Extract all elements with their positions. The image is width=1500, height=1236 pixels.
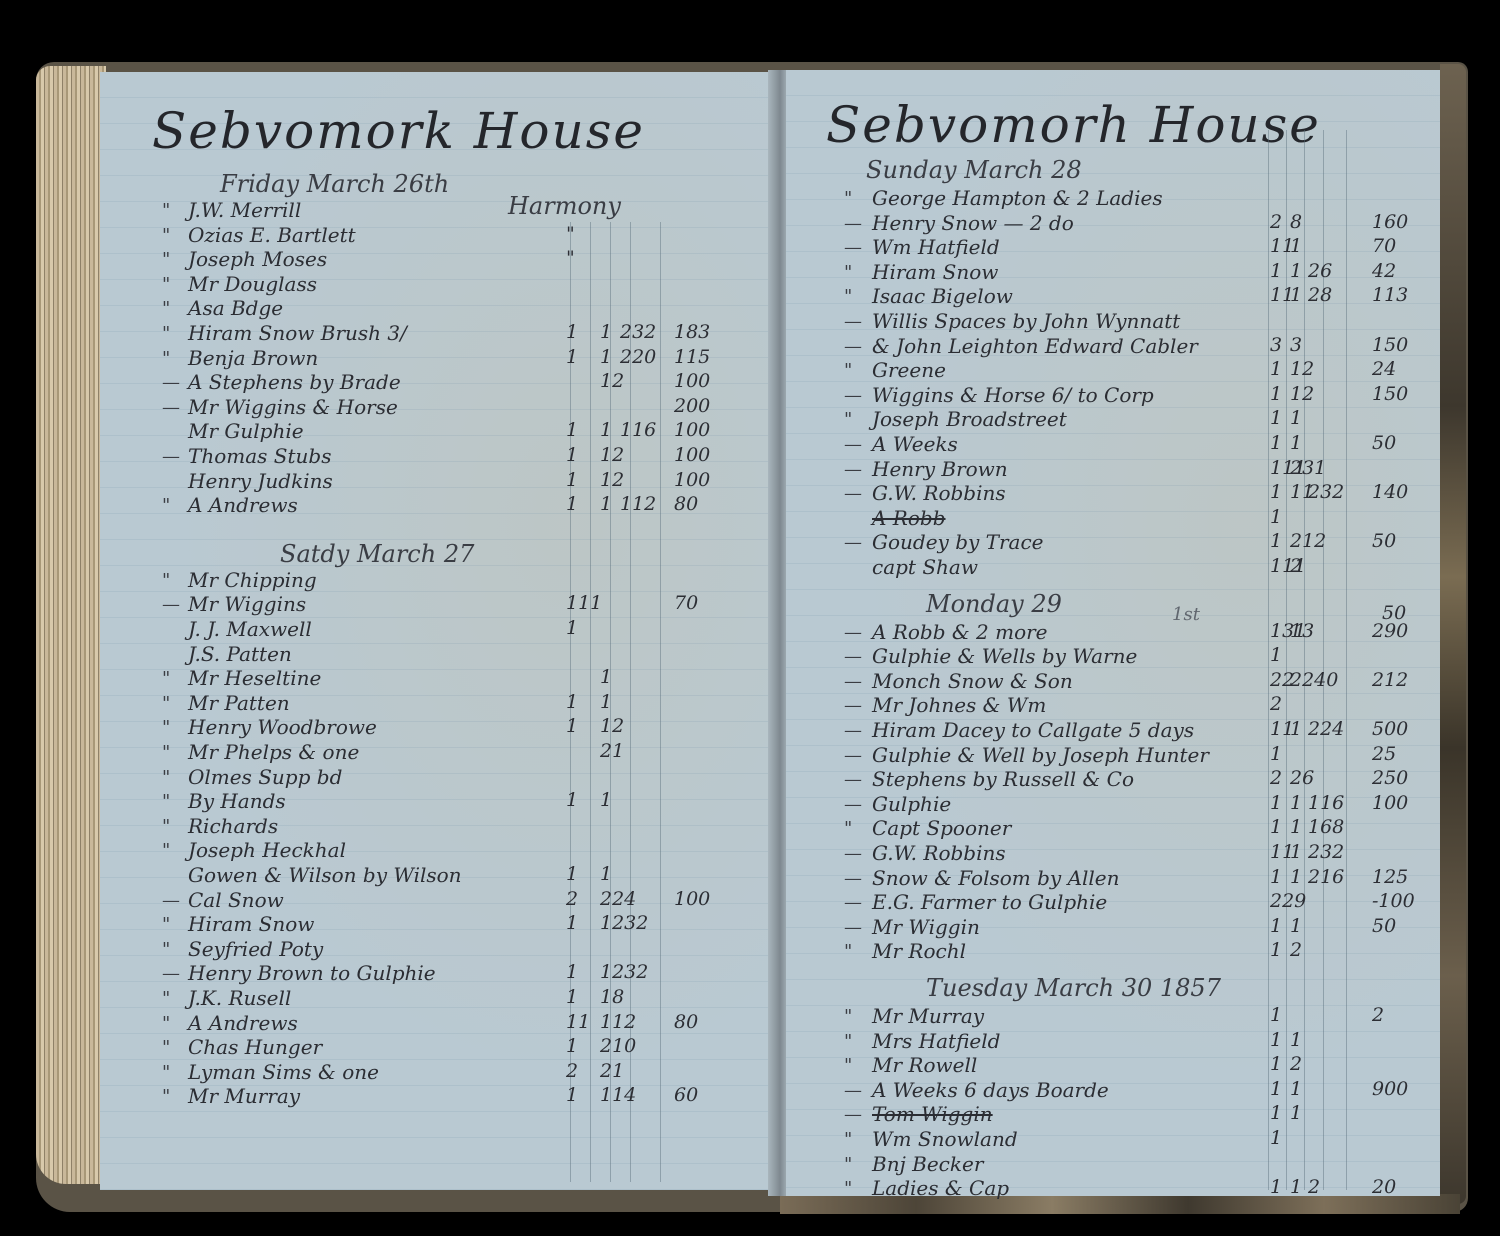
guest-name: Gulphie & Wells by Warne: [872, 644, 1137, 668]
entry-mark: —: [162, 963, 180, 984]
tally-value: 1: [1290, 841, 1302, 863]
guest-name: Wm Snowland: [872, 1127, 1018, 1151]
tally-value: 114: [600, 1084, 636, 1106]
guest-name: Cal Snow: [188, 888, 284, 912]
tally-value: 116: [1308, 792, 1344, 814]
tally-value: 11: [566, 1011, 590, 1033]
entry-mark: ": [162, 1062, 170, 1083]
amount-value: 80: [674, 1011, 698, 1033]
guest-name: Mr Gulphie: [188, 419, 304, 443]
guest-name: Henry Woodbrowe: [188, 715, 377, 739]
entry-mark: —: [844, 336, 862, 357]
guest-name: Hiram Snow: [872, 260, 998, 284]
entry-mark: ": [162, 200, 170, 221]
guest-name: Capt Spooner: [872, 816, 1011, 840]
guest-name: Seyfried Poty: [188, 937, 323, 961]
tally-value: 1: [1270, 792, 1282, 814]
tally-value: 1: [1290, 1029, 1302, 1051]
amount-value: 113: [1372, 284, 1408, 306]
amount-value: 70: [674, 592, 698, 614]
tally-value: 1: [1270, 1176, 1282, 1198]
tally-value: 1: [600, 419, 612, 441]
tally-value: 1: [1290, 260, 1302, 282]
amount-value: 100: [674, 444, 710, 466]
tally-value: 1: [1270, 383, 1282, 405]
entry-mark: ": [844, 188, 852, 209]
tally-value: 1: [566, 617, 578, 639]
tally-value: 1: [600, 493, 612, 515]
tally-value: 1: [1290, 284, 1302, 306]
tally-value: 1: [1290, 816, 1302, 838]
tally-value: 1: [1270, 506, 1282, 528]
guest-name: G.W. Robbins: [872, 841, 1006, 865]
tally-value: 168: [1308, 816, 1344, 838]
amount-value: 160: [1372, 211, 1408, 233]
tally-value: 1: [566, 469, 578, 491]
entry-mark: ": [844, 360, 852, 381]
tally-value: 1: [566, 1035, 578, 1057]
guest-name: A Weeks 6 days Boarde: [872, 1078, 1109, 1102]
entry-mark: —: [844, 1080, 862, 1101]
tally-value: 116: [620, 419, 656, 441]
guest-name: Monch Snow & Son: [872, 669, 1073, 693]
entry-mark: ": [162, 495, 170, 516]
book-gutter: [768, 70, 788, 1196]
tally-value: 1: [1270, 743, 1282, 765]
page-title: Sebvomork House: [152, 102, 645, 160]
amount-value: 150: [1372, 383, 1408, 405]
tally-value: 12: [600, 370, 624, 392]
entry-mark: ": [844, 286, 852, 307]
guest-name: Gulphie: [872, 792, 951, 816]
guest-name: Hiram Snow: [188, 912, 314, 936]
tally-value: 112: [600, 1011, 636, 1033]
tally-value: 12: [600, 715, 624, 737]
tally-value: 1: [1290, 407, 1302, 429]
tally-value: 1: [566, 863, 578, 885]
amount-value: 125: [1372, 866, 1408, 888]
guest-name: By Hands: [188, 789, 286, 813]
tally-value: 2: [1290, 1053, 1302, 1075]
entry-mark: —: [844, 385, 862, 406]
guest-name: Richards: [188, 814, 278, 838]
amount-value: 42: [1372, 260, 1396, 282]
amount-value: 24: [1372, 358, 1396, 380]
guest-name: Joseph Moses: [188, 247, 327, 271]
entry-mark: —: [844, 892, 862, 913]
tally-value: 1: [1290, 718, 1302, 740]
entry-mark: ": [162, 298, 170, 319]
entry-mark: —: [844, 1104, 862, 1125]
guest-name: Henry Snow — 2 do: [872, 211, 1074, 235]
entry-mark: ": [162, 348, 170, 369]
guest-name: Mr Johnes & Wm: [872, 693, 1046, 717]
tally-value: 212: [1290, 530, 1326, 552]
tally-value: 21: [600, 1060, 624, 1082]
entry-mark: ": [162, 249, 170, 270]
entry-mark: ": [844, 1129, 852, 1150]
guest-name: A Robb: [872, 506, 946, 530]
tally-value: 2: [1290, 939, 1302, 961]
tally-value: 2: [1290, 555, 1302, 577]
tally-value: 1: [566, 715, 578, 737]
guest-name: Bnj Becker: [872, 1152, 983, 1176]
tally-value: 232: [1308, 841, 1344, 863]
entry-mark: ": [844, 1055, 852, 1076]
guest-name: Ozias E. Bartlett: [188, 223, 356, 247]
tally-value: 1: [1270, 530, 1282, 552]
guest-name: G.W. Robbins: [872, 481, 1006, 505]
guest-name: Stephens by Russell & Co: [872, 767, 1134, 791]
tally-value: 1232: [600, 961, 648, 983]
guest-name: Ladies & Cap: [872, 1176, 1009, 1200]
tally-value: 224: [600, 888, 636, 910]
tally-value: 231: [1290, 457, 1326, 479]
date-heading: Monday 29: [926, 590, 1062, 618]
entry-mark: ": [162, 791, 170, 812]
tally-value: 18: [600, 986, 624, 1008]
guest-name: capt Shaw: [872, 555, 978, 579]
entry-mark: ": [162, 840, 170, 861]
date-heading: Friday March 26th: [220, 170, 449, 198]
tally-value: 1: [1290, 235, 1302, 257]
tally-value: 2240: [1290, 669, 1338, 691]
tally-value: 1: [566, 346, 578, 368]
tally-value: 12: [600, 469, 624, 491]
date-heading: Satdy March 27: [280, 540, 474, 568]
entry-mark: —: [844, 311, 862, 332]
tally-value: 1: [1290, 1176, 1302, 1198]
entry-mark: ": [162, 816, 170, 837]
tally-value: 1: [1270, 866, 1282, 888]
guest-name: Mrs Hatfield: [872, 1029, 1000, 1053]
tally-value: 1: [1270, 915, 1282, 937]
tally-value: 224: [1308, 718, 1344, 740]
tally-value: 1: [1290, 915, 1302, 937]
tally-value: 1: [600, 789, 612, 811]
tally-value: 21: [600, 740, 624, 762]
tally-value: 1: [600, 666, 612, 688]
amount-value: 900: [1372, 1078, 1408, 1100]
entry-mark: ": [162, 1086, 170, 1107]
guest-name: & John Leighton Edward Cabler: [872, 334, 1198, 358]
entry-mark: —: [844, 671, 862, 692]
amount-value: 115: [674, 346, 710, 368]
entry-mark: ": [844, 941, 852, 962]
amount-value: 50: [1372, 530, 1396, 552]
amount-value: 200: [674, 395, 710, 417]
guest-name: Wiggins & Horse 6/ to Corp: [872, 383, 1154, 407]
tally-value: 2: [1270, 767, 1282, 789]
entry-mark: —: [844, 794, 862, 815]
entry-mark: —: [162, 594, 180, 615]
entry-mark: —: [844, 769, 862, 790]
entry-mark: —: [844, 843, 862, 864]
guest-name: Snow & Folsom by Allen: [872, 866, 1120, 890]
guest-name: Mr Murray: [188, 1084, 300, 1108]
entry-mark: ": [162, 570, 170, 591]
tally-value: 1: [600, 321, 612, 343]
amount-value: 100: [674, 888, 710, 910]
tally-value: 1: [566, 321, 578, 343]
amount-value: 25: [1372, 743, 1396, 765]
guest-name: Lyman Sims & one: [188, 1060, 379, 1084]
entry-mark: ": [844, 1178, 852, 1199]
amount-value: 50: [1372, 915, 1396, 937]
amount-value: 150: [1372, 334, 1408, 356]
guest-name: Mr Murray: [872, 1004, 984, 1028]
entry-mark: ": [162, 1013, 170, 1034]
tally-value: 210: [600, 1035, 636, 1057]
guest-name: J.W. Merrill: [188, 198, 301, 222]
tally-value: 1: [1270, 1078, 1282, 1100]
tally-value: 1232: [600, 912, 648, 934]
amount-value: 80: [674, 493, 698, 515]
guest-name: George Hampton & 2 Ladies: [872, 186, 1163, 210]
guest-name: Olmes Supp bd: [188, 765, 342, 789]
guest-name: Mr Phelps & one: [188, 740, 359, 764]
tally-value: 1: [566, 493, 578, 515]
entry-mark: ": [162, 225, 170, 246]
tally-value: 3: [1290, 334, 1302, 356]
tally-value: ": [566, 223, 575, 245]
page-title: Sebvomorh House: [826, 96, 1321, 154]
guest-name: Mr Heseltine: [188, 666, 321, 690]
amount-value: -100: [1372, 890, 1415, 912]
tally-value: 1: [566, 691, 578, 713]
tally-value: 1: [1290, 792, 1302, 814]
left-ledger-page: Sebvomork House Harmony Friday March 26t…: [100, 72, 770, 1190]
tally-value: 1: [1270, 939, 1282, 961]
guest-name: Isaac Bigelow: [872, 284, 1013, 308]
tally-value: 1: [1290, 1078, 1302, 1100]
tally-value: 1: [600, 863, 612, 885]
entry-mark: —: [844, 720, 862, 741]
tally-value: 1: [1270, 644, 1282, 666]
guest-name: Joseph Heckhal: [188, 838, 346, 862]
tally-value: 1: [1290, 866, 1302, 888]
entry-mark: —: [162, 372, 180, 393]
guest-name: Gulphie & Well by Joseph Hunter: [872, 743, 1209, 767]
tally-value: 12: [600, 444, 624, 466]
entry-mark: —: [844, 622, 862, 643]
entry-mark: ": [844, 1031, 852, 1052]
amount-value: 100: [1372, 792, 1408, 814]
tally-value: 1: [1270, 260, 1282, 282]
guest-name: Mr Douglass: [188, 272, 317, 296]
tally-value: 1: [566, 912, 578, 934]
amount-value: 500: [1372, 718, 1408, 740]
guest-name: Mr Wiggins & Horse: [188, 395, 398, 419]
entry-mark: ": [162, 693, 170, 714]
entry-mark: —: [844, 213, 862, 234]
guest-name: J.S. Patten: [188, 642, 292, 666]
guest-name: Hiram Snow Brush 3/: [188, 321, 407, 345]
tally-value: 1: [600, 691, 612, 713]
guest-name: Henry Brown to Gulphie: [188, 961, 436, 985]
entry-mark: —: [844, 695, 862, 716]
amount-value: 20: [1372, 1176, 1396, 1198]
guest-name: Gowen & Wilson by Wilson: [188, 863, 462, 887]
entry-mark: —: [844, 917, 862, 938]
tally-value: 1: [566, 1084, 578, 1106]
amount-value: 100: [674, 370, 710, 392]
entry-mark: ": [162, 767, 170, 788]
amount-value: 50: [1372, 432, 1396, 454]
tally-value: 232: [620, 321, 656, 343]
entry-mark: ": [162, 1037, 170, 1058]
entry-mark: —: [162, 446, 180, 467]
tally-value: 2: [566, 1060, 578, 1082]
amount-value: 100: [674, 469, 710, 491]
guest-name: Hiram Dacey to Callgate 5 days: [872, 718, 1194, 742]
tally-value: ": [566, 247, 575, 269]
entry-mark: —: [844, 459, 862, 480]
entry-mark: ": [844, 1006, 852, 1027]
amount-value: 60: [674, 1084, 698, 1106]
guest-name: Willis Spaces by John Wynnatt: [872, 309, 1180, 333]
entry-mark: —: [162, 890, 180, 911]
date-heading: Sunday March 28: [866, 156, 1082, 184]
tally-value: 12: [1290, 358, 1314, 380]
entry-mark: ": [162, 323, 170, 344]
entry-mark: ": [844, 1154, 852, 1175]
amount-value: 212: [1372, 669, 1408, 691]
guest-name: A Weeks: [872, 432, 958, 456]
tally-value: 13: [1290, 620, 1314, 642]
guest-name: Greene: [872, 358, 946, 382]
guest-name: Wm Hatfield: [872, 235, 1000, 259]
tally-value: 2: [1270, 211, 1282, 233]
guest-name: A Andrews: [188, 1011, 298, 1035]
tally-value: 28: [1308, 284, 1332, 306]
right-ledger-page: Sebvomorh House Sunday March 28"George H…: [786, 70, 1440, 1196]
tally-value: 1: [1270, 816, 1282, 838]
tally-value: 1: [600, 346, 612, 368]
tally-value: 1: [1270, 1053, 1282, 1075]
entry-mark: —: [844, 868, 862, 889]
guest-name: E.G. Farmer to Gulphie: [872, 890, 1107, 914]
entry-mark: —: [844, 434, 862, 455]
entry-mark: ": [162, 939, 170, 960]
tally-value: 2: [1270, 693, 1282, 715]
tally-value: 1: [566, 444, 578, 466]
entry-mark: ": [844, 409, 852, 430]
entry-mark: ": [844, 818, 852, 839]
tally-value: 216: [1308, 866, 1344, 888]
tally-value: 1: [566, 419, 578, 441]
tally-value: 3: [1270, 334, 1282, 356]
guest-name: Henry Brown: [872, 457, 1008, 481]
tally-value: 220: [620, 346, 656, 368]
guest-name: Mr Patten: [188, 691, 290, 715]
column-header-harmony: Harmony: [508, 192, 621, 220]
entry-mark: ": [162, 742, 170, 763]
tally-value: 1: [1270, 1004, 1282, 1026]
tally-value: 8: [1290, 211, 1302, 233]
tally-value: 1: [1270, 1029, 1282, 1051]
tally-value: 2: [1308, 1176, 1320, 1198]
guest-name: Chas Hunger: [188, 1035, 322, 1059]
tally-value: 26: [1290, 767, 1314, 789]
entry-mark: ": [844, 262, 852, 283]
amount-value: 250: [1372, 767, 1408, 789]
guest-name: Mr Chipping: [188, 568, 317, 592]
amount-value: 2: [1372, 1004, 1384, 1026]
entry-mark: —: [844, 745, 862, 766]
tally-value: 1: [1290, 1102, 1302, 1124]
entry-mark: ": [162, 914, 170, 935]
guest-name: A Andrews: [188, 493, 298, 517]
guest-name: Goudey by Trace: [872, 530, 1044, 554]
tally-value: 1: [1270, 358, 1282, 380]
tally-value: 2: [566, 888, 578, 910]
guest-name: Tom Wiggin: [872, 1102, 993, 1126]
entry-mark: —: [844, 532, 862, 553]
date-heading: Tuesday March 30 1857: [926, 974, 1221, 1002]
tally-value: 26: [1308, 260, 1332, 282]
guest-name: A Robb & 2 more: [872, 620, 1048, 644]
guest-name: Henry Judkins: [188, 469, 333, 493]
entry-mark: —: [844, 237, 862, 258]
tally-value: 1: [1270, 1127, 1282, 1149]
entry-mark: —: [162, 397, 180, 418]
guest-name: Benja Brown: [188, 346, 318, 370]
entry-note: 1st: [1172, 604, 1200, 625]
tally-value: 1: [1270, 481, 1282, 503]
guest-name: Mr Rowell: [872, 1053, 977, 1077]
tally-value: 1: [1290, 432, 1302, 454]
tally-value: 1: [566, 986, 578, 1008]
entry-mark: ": [162, 668, 170, 689]
entry-mark: —: [844, 646, 862, 667]
tally-value: 1: [1270, 1102, 1282, 1124]
tally-value: 112: [620, 493, 656, 515]
guest-name: A Stephens by Brade: [188, 370, 401, 394]
guest-name: Asa Bdge: [188, 296, 283, 320]
page-block-left-edge: [36, 66, 106, 1184]
tally-value: 229: [1270, 890, 1306, 912]
guest-name: Joseph Broadstreet: [872, 407, 1067, 431]
guest-name: Mr Wiggins: [188, 592, 306, 616]
amount-value: 100: [674, 419, 710, 441]
entry-mark: ": [162, 274, 170, 295]
tally-value: 12: [1290, 383, 1314, 405]
entry-mark: ": [162, 988, 170, 1009]
tally-value: 111: [566, 592, 602, 614]
guest-name: Mr Rochl: [872, 939, 966, 963]
marbled-cover-right-edge: [1440, 64, 1466, 1204]
entry-mark: ": [162, 717, 170, 738]
guest-name: J. J. Maxwell: [188, 617, 312, 641]
tally-value: 1: [1270, 432, 1282, 454]
tally-value: 1: [566, 961, 578, 983]
tally-value: 232: [1308, 481, 1344, 503]
amount-value: 183: [674, 321, 710, 343]
amount-value: 140: [1372, 481, 1408, 503]
entry-mark: —: [844, 483, 862, 504]
amount-annotation: 50: [1382, 602, 1406, 624]
tally-value: 1: [566, 789, 578, 811]
amount-value: 70: [1372, 235, 1396, 257]
tally-value: 1: [1270, 407, 1282, 429]
guest-name: Thomas Stubs: [188, 444, 331, 468]
guest-name: Mr Wiggin: [872, 915, 980, 939]
guest-name: J.K. Rusell: [188, 986, 291, 1010]
